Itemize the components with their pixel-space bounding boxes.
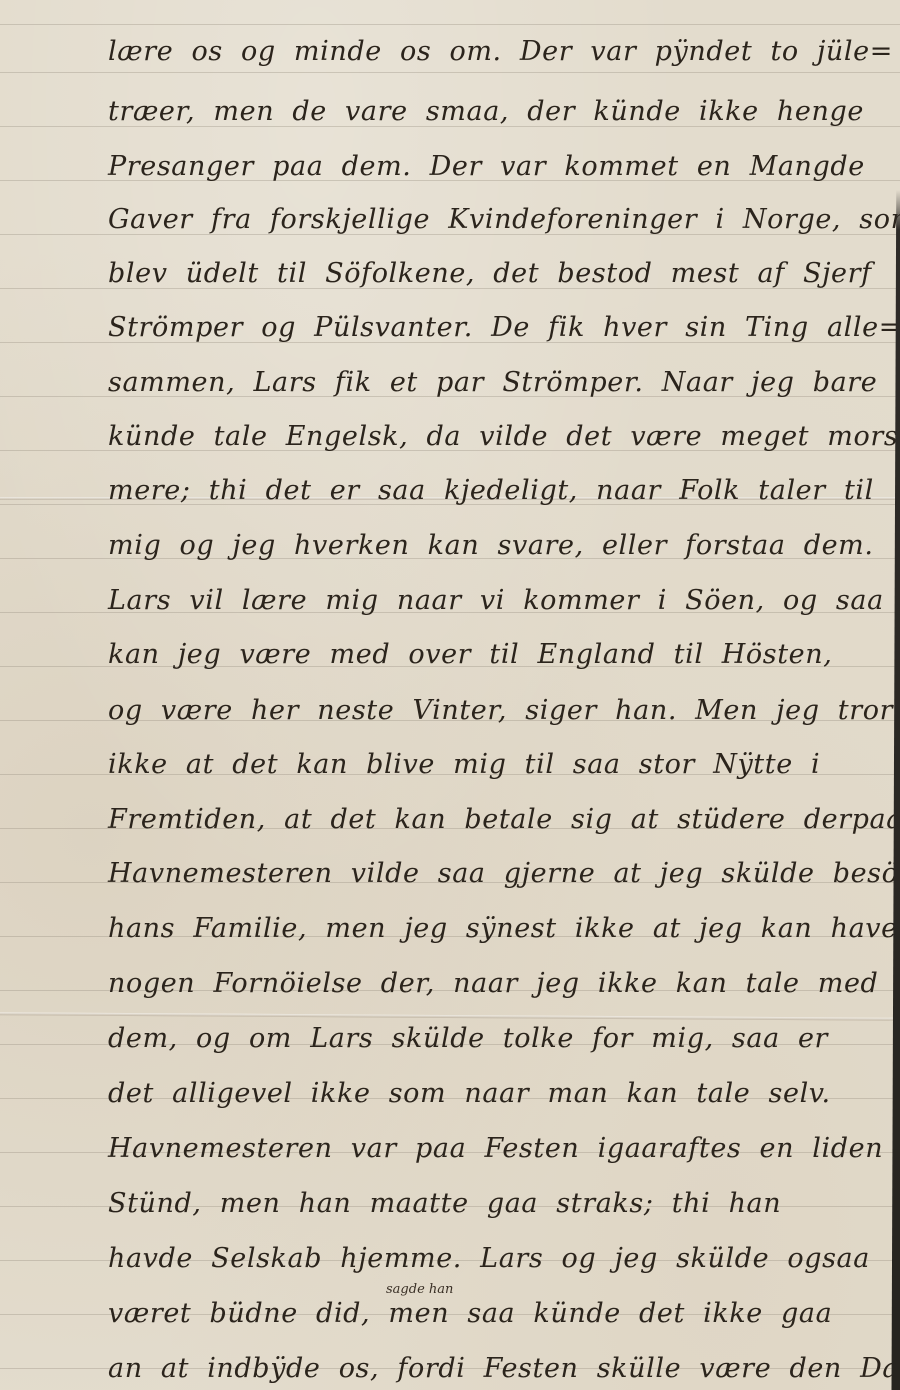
text-line: Havnemesteren vilde saa gjerne at jeg sk… [108, 860, 898, 887]
text-line: Havnemesteren var paa Festen igaaraftes … [108, 1135, 898, 1162]
text-line: nogen Fornöielse der, naar jeg ikke kan … [108, 970, 898, 997]
text-line: lære os og minde os om. Der var pÿndet t… [108, 38, 898, 65]
text-line: ikke at det kan blive mig til saa stor N… [108, 751, 898, 778]
text-line: og være her neste Vinter, siger han. Men… [108, 697, 898, 724]
text-line: blev üdelt til Söfolkene, det bestod mes… [108, 260, 898, 287]
ruled-line [0, 72, 900, 73]
text-line: Lars vil lære mig naar vi kommer i Söen,… [108, 587, 898, 614]
text-line: kan jeg være med over til England til Hö… [108, 641, 898, 668]
text-line: künde tale Engelsk, da vilde det være me… [108, 423, 898, 450]
text-line: været büdne did, men saa künde det ikke … [108, 1300, 898, 1327]
text-line: mere; thi det er saa kjedeligt, naar Fol… [108, 477, 898, 504]
text-line: an at indbÿde os, fordi Festen skülle væ… [108, 1355, 898, 1382]
interlinear-insertion: sagde han [386, 1282, 453, 1297]
text-line: det alligevel ikke som naar man kan tale… [108, 1080, 898, 1107]
text-line: træer, men de vare smaa, der künde ikke … [108, 98, 898, 125]
text-line: havde Selskab hjemme. Lars og jeg skülde… [108, 1245, 898, 1272]
fold-crease [0, 1012, 900, 1020]
text-line: Gaver fra forskjellige Kvindeforeninger … [108, 206, 898, 233]
text-line: Fremtiden, at det kan betale sig at stüd… [108, 806, 898, 833]
text-line: sammen, Lars fik et par Strömper. Naar j… [108, 369, 898, 396]
text-line: Stünd, men han maatte gaa straks; thi ha… [108, 1190, 898, 1217]
text-line: Strömper og Pülsvanter. De fik hver sin … [108, 314, 898, 341]
text-line: dem, og om Lars skülde tolke for mig, sa… [108, 1025, 898, 1052]
text-line: Presanger paa dem. Der var kommet en Man… [108, 153, 898, 180]
ruled-line [0, 24, 900, 25]
text-line: mig og jeg hverken kan svare, eller fors… [108, 532, 898, 559]
letter-page: lære os og minde os om. Der var pÿndet t… [0, 0, 900, 1390]
text-line: hans Familie, men jeg sÿnest ikke at jeg… [108, 915, 898, 942]
